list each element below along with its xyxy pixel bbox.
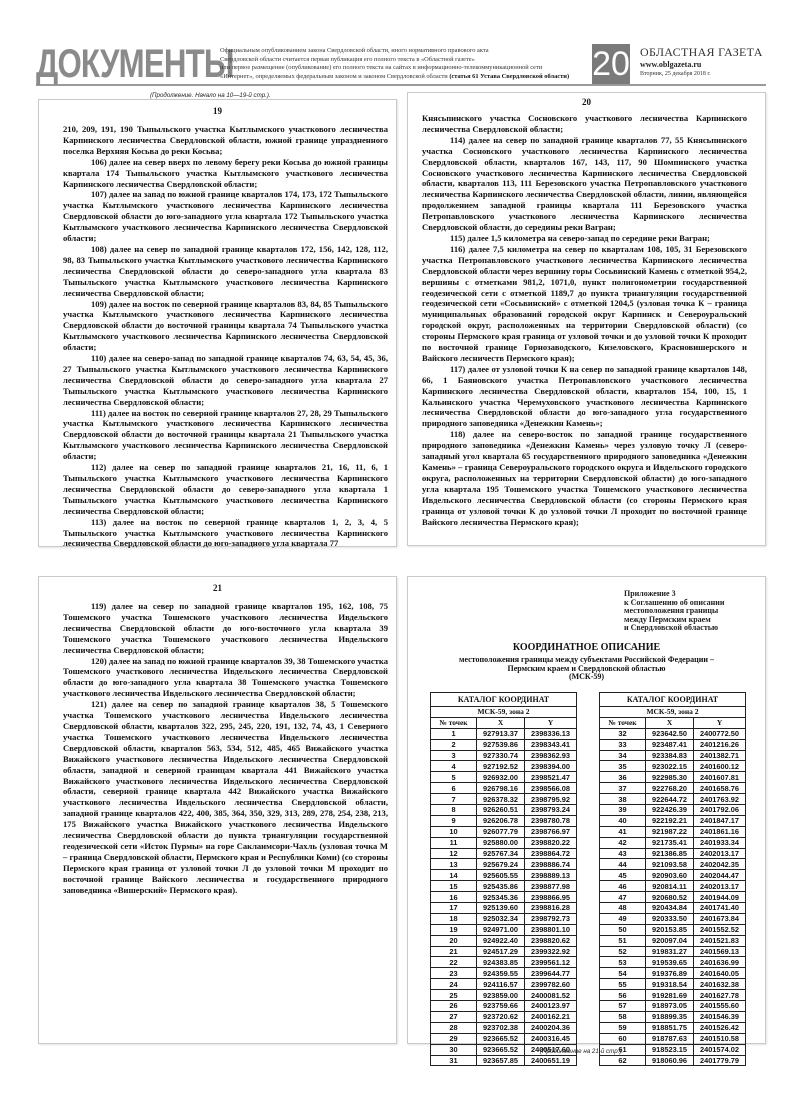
point-number: 57 — [600, 1001, 646, 1012]
x-coord: 925435.86 — [477, 881, 525, 892]
point-number: 8 — [431, 805, 477, 816]
x-coord: 919318.54 — [646, 979, 694, 990]
x-coord: 921386.85 — [646, 848, 694, 859]
y-coord: 2398394.00 — [525, 761, 577, 772]
point-number: 25 — [431, 990, 477, 1001]
y-coord: 2399644.77 — [525, 968, 577, 979]
notice-line: или первое размещение (опубликование) ег… — [220, 64, 600, 73]
table-row: 24924116.572399782.60 — [431, 979, 577, 990]
point-number: 52 — [600, 946, 646, 957]
point-number: 11 — [431, 837, 477, 848]
paragraph: 106) далее на север вверх по левому бере… — [63, 157, 388, 190]
point-number: 62 — [600, 1055, 646, 1066]
x-coord: 923022.15 — [646, 761, 694, 772]
table-caption: КАТАЛОГ КООРДИНАТ — [431, 693, 577, 707]
table-row: 11925880.002398820.22 — [431, 837, 577, 848]
table-row: 6926798.162398566.08 — [431, 783, 577, 794]
x-coord: 925767.34 — [477, 848, 525, 859]
point-number: 33 — [600, 739, 646, 750]
table-row: 57918973.052401555.60 — [600, 1001, 746, 1012]
y-coord: 2399322.92 — [525, 946, 577, 957]
page-panel-19: 19 210, 209, 191, 190 Тыпыльского участк… — [38, 99, 397, 547]
point-number: 23 — [431, 968, 477, 979]
x-coord: 923665.52 — [477, 1044, 525, 1055]
paragraph: 116) далее 7,5 километра на север по ква… — [422, 244, 747, 364]
page-number: 19 — [39, 106, 396, 116]
table-row: 7926378.322398795.92 — [431, 794, 577, 805]
point-number: 9 — [431, 815, 477, 826]
y-coord: 2400772.50 — [694, 728, 746, 739]
table-row: 2927539.862398343.41 — [431, 739, 577, 750]
table-zone: МСК-59, зона 2 — [431, 707, 577, 718]
table-row: 56919281.692401627.78 — [600, 990, 746, 1001]
y-coord: 2398816.28 — [525, 903, 577, 914]
paper-info: ОБЛАСТНАЯ ГАЗЕТА www.oblgazeta.ru Вторни… — [640, 46, 770, 79]
y-coord: 2398766.97 — [525, 826, 577, 837]
y-coord: 2401607.81 — [694, 772, 746, 783]
y-coord: 2398793.24 — [525, 805, 577, 816]
y-coord: 2398866.95 — [525, 892, 577, 903]
point-number: 15 — [431, 881, 477, 892]
x-coord: 922192.21 — [646, 815, 694, 826]
x-coord: 923759.66 — [477, 1001, 525, 1012]
table-row: 9926206.782398780.78 — [431, 815, 577, 826]
table-row: 53919539.652401636.99 — [600, 957, 746, 968]
point-number: 5 — [431, 772, 477, 783]
point-number: 12 — [431, 848, 477, 859]
point-number: 47 — [600, 892, 646, 903]
x-coord: 923384.83 — [646, 750, 694, 761]
point-number: 31 — [431, 1055, 477, 1066]
x-coord: 924517.29 — [477, 946, 525, 957]
table-row: 19924971.002398801.10 — [431, 924, 577, 935]
notice-line: Официальным опубликованием закона Свердл… — [220, 47, 600, 56]
table-row: 46920814.112402013.17 — [600, 881, 746, 892]
x-coord: 923665.52 — [477, 1033, 525, 1044]
y-coord: 2402013.17 — [694, 881, 746, 892]
table-row: 29923665.522400316.45 — [431, 1033, 577, 1044]
y-coord: 2401944.09 — [694, 892, 746, 903]
y-coord: 2401741.40 — [694, 903, 746, 914]
page-number: 21 — [39, 583, 396, 593]
x-coord: 920097.04 — [646, 935, 694, 946]
point-number: 1 — [431, 728, 477, 739]
y-coord: 2401510.58 — [694, 1033, 746, 1044]
table-row: 50920153.852401552.52 — [600, 924, 746, 935]
notice-text: «Интернет», определяемых федеральным зак… — [220, 73, 448, 80]
point-number: 7 — [431, 794, 477, 805]
x-coord: 919539.65 — [646, 957, 694, 968]
y-coord: 2398801.10 — [525, 924, 577, 935]
table-row: 47920680.522401944.09 — [600, 892, 746, 903]
table-row: 49920333.502401673.84 — [600, 913, 746, 924]
y-coord: 2401569.13 — [694, 946, 746, 957]
y-coord: 2398877.98 — [525, 881, 577, 892]
table-row: 58918899.352401546.39 — [600, 1011, 746, 1022]
point-number: 56 — [600, 990, 646, 1001]
table-row: 18925032.342398792.73 — [431, 913, 577, 924]
point-number: 54 — [600, 968, 646, 979]
x-coord: 922644.72 — [646, 794, 694, 805]
table-row: 22924383.852399561.12 — [431, 957, 577, 968]
point-number: 19 — [431, 924, 477, 935]
point-number: 53 — [600, 957, 646, 968]
point-number: 17 — [431, 903, 477, 914]
table-row: 27923720.622400162.21 — [431, 1011, 577, 1022]
y-coord: 2401763.92 — [694, 794, 746, 805]
coord-title: КООРДИНАТНОЕ ОПИСАНИЕ — [408, 642, 765, 653]
y-coord: 2398566.08 — [525, 783, 577, 794]
col-header-x: X — [477, 717, 525, 728]
page-text: 119) далее на север по западной границе … — [63, 601, 388, 895]
paragraph: 118) далее на северо-восток по западной … — [422, 429, 747, 527]
table-row: 55919318.542401632.38 — [600, 979, 746, 990]
paragraph: 119) далее на север по западной границе … — [63, 601, 388, 656]
paragraph: 107) далее на запад по южной границе ква… — [63, 189, 388, 244]
table-row: 1927913.372398336.13 — [431, 728, 577, 739]
table-row: 33923487.412401216.26 — [600, 739, 746, 750]
paragraph: 210, 209, 191, 190 Тыпыльского участка К… — [63, 124, 388, 157]
table-row: 8926260.512398793.24 — [431, 805, 577, 816]
x-coord: 919376.89 — [646, 968, 694, 979]
point-number: 36 — [600, 772, 646, 783]
table-row: 59918851.752401526.42 — [600, 1022, 746, 1033]
point-number: 21 — [431, 946, 477, 957]
y-coord: 2401658.76 — [694, 783, 746, 794]
y-coord: 2398820.22 — [525, 837, 577, 848]
paragraph: 113) далее на восток по северной границе… — [63, 517, 388, 550]
point-number: 38 — [600, 794, 646, 805]
x-coord: 918787.63 — [646, 1033, 694, 1044]
table-row: 15925435.862398877.98 — [431, 881, 577, 892]
table-row: 23924359.552399644.77 — [431, 968, 577, 979]
x-coord: 926260.51 — [477, 805, 525, 816]
x-coord: 924359.55 — [477, 968, 525, 979]
point-number: 13 — [431, 859, 477, 870]
section-title: ДОКУМЕНТЫ — [36, 44, 234, 84]
y-coord: 2398521.47 — [525, 772, 577, 783]
page-panel-20: 20 Княсьпинского участка Сосновского уча… — [407, 92, 766, 546]
x-coord: 926206.78 — [477, 815, 525, 826]
point-number: 42 — [600, 837, 646, 848]
y-coord: 2401933.34 — [694, 837, 746, 848]
x-coord: 920903.60 — [646, 870, 694, 881]
y-coord: 2399782.60 — [525, 979, 577, 990]
table-zone: МСК-59, зона 2 — [600, 707, 746, 718]
y-coord: 2400316.45 — [525, 1033, 577, 1044]
table-row: 3927330.742398362.93 — [431, 750, 577, 761]
x-coord: 927539.86 — [477, 739, 525, 750]
table-row: 25923859.002400081.52 — [431, 990, 577, 1001]
point-number: 10 — [431, 826, 477, 837]
point-number: 30 — [431, 1044, 477, 1055]
paragraph: 115) далее 1,5 километра на северо-запад… — [422, 233, 747, 244]
x-coord: 922985.30 — [646, 772, 694, 783]
y-coord: 2401546.39 — [694, 1011, 746, 1022]
x-coord: 920153.85 — [646, 924, 694, 935]
table-row: 34923384.832401382.71 — [600, 750, 746, 761]
table-row: 20924922.402398820.62 — [431, 935, 577, 946]
point-number: 14 — [431, 870, 477, 881]
appendix-heading: Приложение 3 к Соглашению об описании ме… — [624, 590, 724, 633]
point-number: 16 — [431, 892, 477, 903]
y-coord: 2400651.19 — [525, 1055, 577, 1066]
x-coord: 926798.16 — [477, 783, 525, 794]
x-coord: 920434.84 — [646, 903, 694, 914]
x-coord: 922426.39 — [646, 805, 694, 816]
y-coord: 2401632.38 — [694, 979, 746, 990]
y-coord: 2401382.71 — [694, 750, 746, 761]
subtitle-line: (МСК-59) — [408, 673, 765, 682]
x-coord: 925345.36 — [477, 892, 525, 903]
point-number: 60 — [600, 1033, 646, 1044]
appendix-line: и Свердловской областью — [624, 624, 724, 633]
table-caption: КАТАЛОГ КООРДИНАТ — [600, 693, 746, 707]
table-row: 41921987.222401861.16 — [600, 826, 746, 837]
x-coord: 927913.37 — [477, 728, 525, 739]
continuation-note-bottom: (Продолжение на 21-й стр.). — [540, 1048, 623, 1055]
table-row: 16925345.362398866.95 — [431, 892, 577, 903]
y-coord: 2401555.60 — [694, 1001, 746, 1012]
point-number: 18 — [431, 913, 477, 924]
x-coord: 925679.24 — [477, 859, 525, 870]
y-coord: 2401552.52 — [694, 924, 746, 935]
table-row: 54919376.892401640.05 — [600, 968, 746, 979]
x-coord: 927192.52 — [477, 761, 525, 772]
x-coord: 925032.34 — [477, 913, 525, 924]
table-row: 43921386.852402013.17 — [600, 848, 746, 859]
x-coord: 923642.50 — [646, 728, 694, 739]
page-number-badge: 20 — [592, 44, 630, 84]
x-coord: 923702.38 — [477, 1022, 525, 1033]
issue-date: Вторник, 25 декабря 2018 г. — [640, 70, 770, 79]
table-row: 37922768.202401658.76 — [600, 783, 746, 794]
point-number: 44 — [600, 859, 646, 870]
x-coord: 921987.22 — [646, 826, 694, 837]
x-coord: 920333.50 — [646, 913, 694, 924]
y-coord: 2401792.06 — [694, 805, 746, 816]
y-coord: 2401640.05 — [694, 968, 746, 979]
point-number: 48 — [600, 903, 646, 914]
coordinate-table-2: КАТАЛОГ КООРДИНАТ МСК-59, зона 2 № точек… — [599, 692, 746, 1066]
y-coord: 2401574.02 — [694, 1044, 746, 1055]
y-coord: 2401861.16 — [694, 826, 746, 837]
x-coord: 923657.85 — [477, 1055, 525, 1066]
x-coord: 926077.79 — [477, 826, 525, 837]
table-row: 12925767.342398864.72 — [431, 848, 577, 859]
y-coord: 2401636.99 — [694, 957, 746, 968]
paragraph: 117) далее от узловой точки К на север п… — [422, 364, 747, 429]
table-row: 4927192.522398394.00 — [431, 761, 577, 772]
x-coord: 924971.00 — [477, 924, 525, 935]
table-row: 5926932.002398521.47 — [431, 772, 577, 783]
y-coord: 2399561.12 — [525, 957, 577, 968]
continuation-note-top: (Продолжение. Начало на 10—19-й стр.). — [150, 92, 271, 99]
notice-line: Свердловской области считается первая пу… — [220, 56, 600, 65]
point-number: 27 — [431, 1011, 477, 1022]
table-row: 45920903.602402044.47 — [600, 870, 746, 881]
appendix-panel: Приложение 3 к Соглашению об описании ме… — [407, 576, 766, 1044]
paragraph: 109) далее на восток по северной границе… — [63, 299, 388, 354]
y-coord: 2398336.13 — [525, 728, 577, 739]
point-number: 58 — [600, 1011, 646, 1022]
y-coord: 2398820.62 — [525, 935, 577, 946]
y-coord: 2398362.93 — [525, 750, 577, 761]
point-number: 55 — [600, 979, 646, 990]
x-coord: 922768.20 — [646, 783, 694, 794]
table-row: 26923759.662400123.97 — [431, 1001, 577, 1012]
x-coord: 923487.41 — [646, 739, 694, 750]
table-row: 28923702.382400204.36 — [431, 1022, 577, 1033]
x-coord: 918523.15 — [646, 1044, 694, 1055]
point-number: 22 — [431, 957, 477, 968]
page-number: 20 — [408, 97, 765, 107]
point-number: 29 — [431, 1033, 477, 1044]
table-row: 51920097.042401521.83 — [600, 935, 746, 946]
y-coord: 2401216.26 — [694, 739, 746, 750]
point-number: 20 — [431, 935, 477, 946]
y-coord: 2401600.12 — [694, 761, 746, 772]
coordinate-table-1: КАТАЛОГ КООРДИНАТ МСК-59, зона 2 № точек… — [430, 692, 577, 1066]
paragraph: 121) далее на север по западной границе … — [63, 699, 388, 895]
table-row: 40922192.212401847.17 — [600, 815, 746, 826]
point-number: 32 — [600, 728, 646, 739]
x-coord: 923859.00 — [477, 990, 525, 1001]
point-number: 59 — [600, 1022, 646, 1033]
paper-url[interactable]: www.oblgazeta.ru — [640, 59, 770, 70]
coord-subtitle: местоположения границы между субъектами … — [408, 656, 765, 682]
table-row: 17925139.602398816.28 — [431, 903, 577, 914]
x-coord: 926932.00 — [477, 772, 525, 783]
x-coord: 918851.75 — [646, 1022, 694, 1033]
point-number: 24 — [431, 979, 477, 990]
paragraph: 120) далее на запад по южной границе ква… — [63, 656, 388, 700]
table-row: 52919831.272401569.13 — [600, 946, 746, 957]
y-coord: 2401847.17 — [694, 815, 746, 826]
x-coord: 924383.85 — [477, 957, 525, 968]
y-coord: 2401627.78 — [694, 990, 746, 1001]
y-coord: 2398795.92 — [525, 794, 577, 805]
col-header-x: X — [646, 717, 694, 728]
point-number: 37 — [600, 783, 646, 794]
point-number: 49 — [600, 913, 646, 924]
table-row: 31923657.852400651.19 — [431, 1055, 577, 1066]
x-coord: 918899.35 — [646, 1011, 694, 1022]
table-row: 62918060.962401779.79 — [600, 1055, 746, 1066]
notice-line: «Интернет», определяемых федеральным зак… — [220, 73, 600, 82]
point-number: 6 — [431, 783, 477, 794]
col-header-point: № точек — [431, 717, 477, 728]
y-coord: 2402044.47 — [694, 870, 746, 881]
y-coord: 2401521.83 — [694, 935, 746, 946]
y-coord: 2401526.42 — [694, 1022, 746, 1033]
table-row: 13925679.242398886.74 — [431, 859, 577, 870]
y-coord: 2400123.97 — [525, 1001, 577, 1012]
x-coord: 925139.60 — [477, 903, 525, 914]
point-number: 4 — [431, 761, 477, 772]
masthead: ДОКУМЕНТЫ Официальным опубликованием зак… — [36, 44, 766, 86]
col-header-y: Y — [694, 717, 746, 728]
y-coord: 2398792.73 — [525, 913, 577, 924]
point-number: 51 — [600, 935, 646, 946]
table-row: 36922985.302401607.81 — [600, 772, 746, 783]
paragraph: 114) далее на север по западной границе … — [422, 135, 747, 233]
x-coord: 918060.96 — [646, 1055, 694, 1066]
point-number: 28 — [431, 1022, 477, 1033]
y-coord: 2402013.17 — [694, 848, 746, 859]
point-number: 39 — [600, 805, 646, 816]
x-coord: 920680.52 — [646, 892, 694, 903]
y-coord: 2400162.21 — [525, 1011, 577, 1022]
y-coord: 2401673.84 — [694, 913, 746, 924]
point-number: 40 — [600, 815, 646, 826]
x-coord: 924116.57 — [477, 979, 525, 990]
paragraph: 111) далее на восток по северной границе… — [63, 408, 388, 463]
y-coord: 2398780.78 — [525, 815, 577, 826]
x-coord: 924922.40 — [477, 935, 525, 946]
table-row: 48920434.842401741.40 — [600, 903, 746, 914]
y-coord: 2401779.79 — [694, 1055, 746, 1066]
notice-bold: (статья 61 Устава Свердловской области) — [449, 73, 569, 80]
col-header-point: № точек — [600, 717, 646, 728]
table-row: 10926077.792398766.97 — [431, 826, 577, 837]
y-coord: 2398864.72 — [525, 848, 577, 859]
page-text: 210, 209, 191, 190 Тыпыльского участка К… — [63, 124, 388, 549]
point-number: 43 — [600, 848, 646, 859]
point-number: 26 — [431, 1001, 477, 1012]
table-row: 14925605.552398889.13 — [431, 870, 577, 881]
point-number: 3 — [431, 750, 477, 761]
y-coord: 2398889.13 — [525, 870, 577, 881]
point-number: 46 — [600, 881, 646, 892]
y-coord: 2398886.74 — [525, 859, 577, 870]
paragraph: 110) далее на северо-запад по западной г… — [63, 353, 388, 408]
x-coord: 921735.41 — [646, 837, 694, 848]
point-number: 2 — [431, 739, 477, 750]
table-row: 44921093.582402042.35 — [600, 859, 746, 870]
x-coord: 923720.62 — [477, 1011, 525, 1022]
point-number: 50 — [600, 924, 646, 935]
table-row: 21924517.292399322.92 — [431, 946, 577, 957]
page-panel-21: 21 119) далее на север по западной грани… — [38, 576, 397, 1044]
y-coord: 2402042.35 — [694, 859, 746, 870]
y-coord: 2400081.52 — [525, 990, 577, 1001]
x-coord: 927330.74 — [477, 750, 525, 761]
x-coord: 921093.58 — [646, 859, 694, 870]
x-coord: 925605.55 — [477, 870, 525, 881]
x-coord: 919831.27 — [646, 946, 694, 957]
table-row: 60918787.632401510.58 — [600, 1033, 746, 1044]
col-header-y: Y — [525, 717, 577, 728]
x-coord: 925880.00 — [477, 837, 525, 848]
x-coord: 919281.69 — [646, 990, 694, 1001]
table-row: 39922426.392401792.06 — [600, 805, 746, 816]
point-number: 45 — [600, 870, 646, 881]
page-text: Княсьпинского участка Сосновского участк… — [422, 113, 747, 527]
paper-name: ОБЛАСТНАЯ ГАЗЕТА — [640, 46, 770, 59]
x-coord: 926378.32 — [477, 794, 525, 805]
table-row: 42921735.412401933.34 — [600, 837, 746, 848]
point-number: 35 — [600, 761, 646, 772]
table-row: 38922644.722401763.92 — [600, 794, 746, 805]
x-coord: 920814.11 — [646, 881, 694, 892]
point-number: 41 — [600, 826, 646, 837]
table-row: 32923642.502400772.50 — [600, 728, 746, 739]
y-coord: 2400204.36 — [525, 1022, 577, 1033]
paragraph: Княсьпинского участка Сосновского участк… — [422, 113, 747, 135]
paragraph: 112) далее на север по западной границе … — [63, 462, 388, 517]
publication-notice: Официальным опубликованием закона Свердл… — [220, 47, 600, 81]
